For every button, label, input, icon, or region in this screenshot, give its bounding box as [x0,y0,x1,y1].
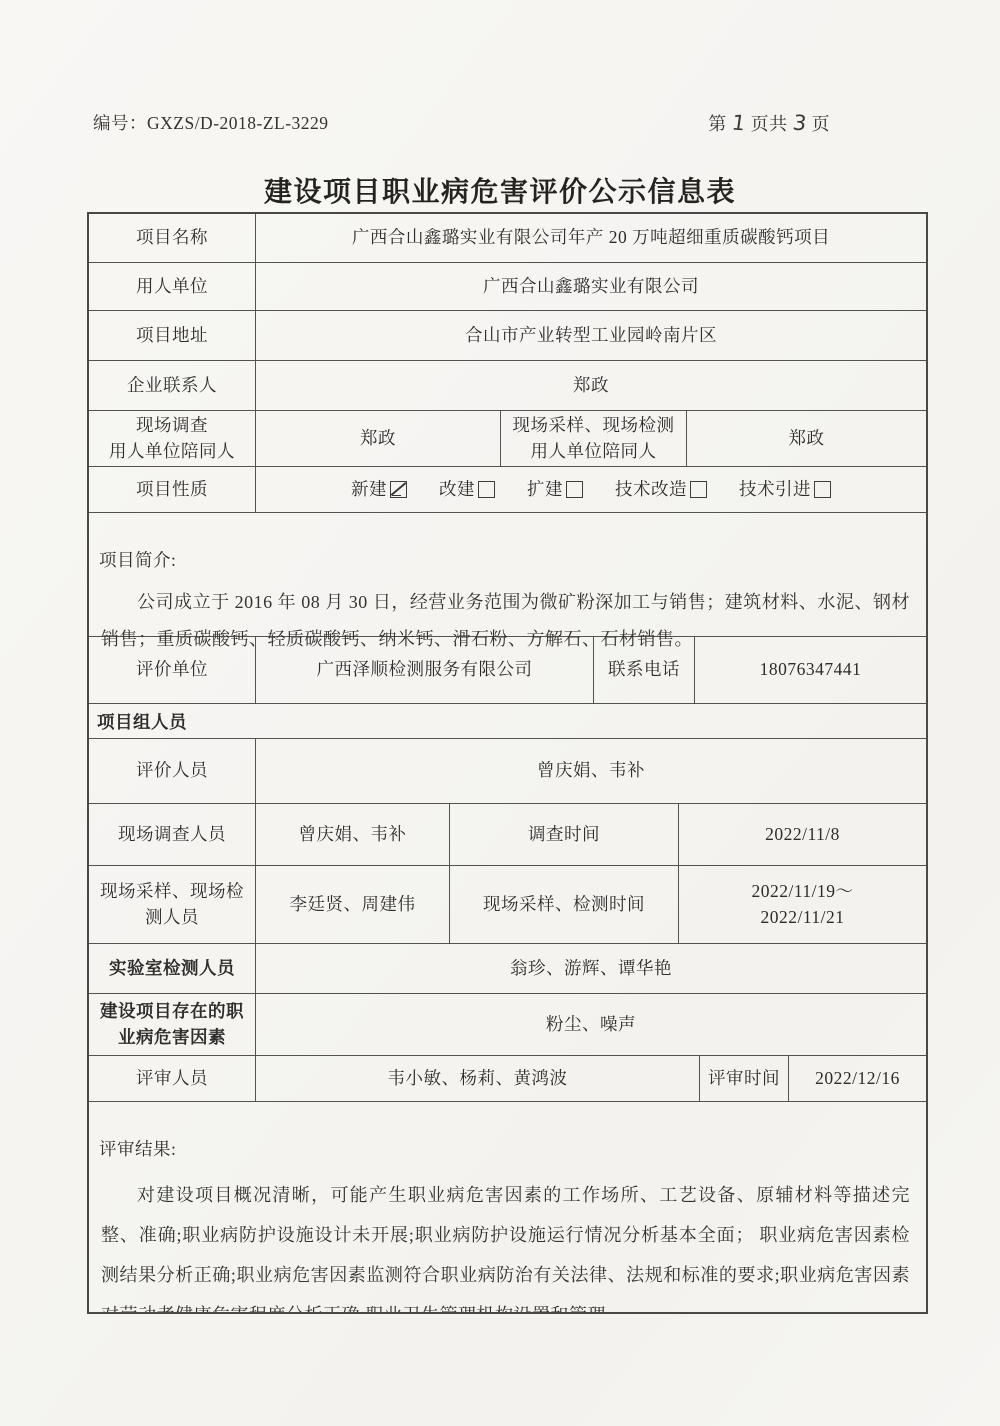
review-time-label: 评审时间 [699,1056,788,1101]
review-result-cell: 评审结果: 对建设项目概况清晰，可能产生职业病危害因素的工作场所、工艺设备、原辅… [89,1102,926,1312]
survey-staff-label: 现场调查人员 [89,804,255,865]
evaluators-label: 评价人员 [89,739,255,803]
row-lab-staff: 实验室检测人员 翁珍、游辉、谭华艳 [89,943,926,993]
row-project-intro: 项目简介: 公司成立于 2016 年 08 月 30 日，经营业务范围为微矿粉深… [89,512,926,636]
company-contact-label: 企业联系人 [89,361,255,410]
hazards-label: 建设项目存在的职 业病危害因素 [89,994,255,1055]
survey-time-label: 调查时间 [449,804,678,865]
page-middle: 页共 [751,114,788,134]
page-current-handwritten: 1 [726,113,752,133]
sampling-escort-label: 现场采样、现场检测 用人单位陪同人 [500,411,686,466]
row-hazards: 建设项目存在的职 业病危害因素 粉尘、噪声 [89,993,926,1055]
row-survey-staff: 现场调查人员 曾庆娟、韦补 调查时间 2022/11/8 [89,803,926,865]
reviewers-value: 韦小敏、杨莉、黄鸿波 [255,1056,699,1101]
sampling-time-value: 2022/11/19～ 2022/11/21 [678,866,926,943]
row-project-nature: 项目性质 新建 改建 扩建 技术改造 技术引进 [89,466,926,512]
row-employer: 用人单位 广西合山鑫璐实业有限公司 [89,262,926,310]
nature-option-expansion: 扩建 [527,477,583,502]
checkbox-tech-import [814,481,831,498]
review-time-value: 2022/12/16 [788,1056,926,1101]
nature-option-new-build: 新建 [351,477,407,502]
employer-value: 广西合山鑫璐实业有限公司 [255,263,926,310]
project-name-value: 广西合山鑫璐实业有限公司年产 20 万吨超细重质碳酸钙项目 [255,214,926,262]
project-intro-heading: 项目简介: [99,550,176,570]
survey-time-value: 2022/11/8 [678,804,926,865]
project-address-value: 合山市产业转型工业园岭南片区 [255,311,926,360]
row-team-section: 项目组人员 [89,703,926,738]
page-indicator: 第1页共3页 [708,110,830,136]
row-reviewers: 评审人员 韦小敏、杨莉、黄鸿波 评审时间 2022/12/16 [89,1055,926,1101]
scanned-form-page: 编号：GXZS/D-2018-ZL-3229 第1页共3页 建设项目职业病危害评… [0,0,1000,1426]
row-evaluators: 评价人员 曾庆娟、韦补 [89,738,926,803]
contact-phone-value: 18076347441 [694,637,926,703]
project-name-label: 项目名称 [89,214,255,262]
evaluation-org-label: 评价单位 [89,637,255,703]
lab-staff-value: 翁珍、游辉、谭华艳 [255,944,926,993]
review-result-heading: 评审结果: [99,1139,176,1159]
page-total-handwritten: 3 [786,113,812,133]
checkbox-new-build [390,481,407,498]
row-escorts: 现场调查 用人单位陪同人 郑政 现场采样、现场检测 用人单位陪同人 郑政 [89,410,926,466]
hazards-value: 粉尘、噪声 [255,994,926,1055]
reviewers-label: 评审人员 [89,1056,255,1101]
nature-option-reconstruction: 改建 [439,477,495,502]
evaluators-value: 曾庆娟、韦补 [255,739,926,803]
page-suffix: 页 [812,114,831,134]
row-project-name: 项目名称 广西合山鑫璐实业有限公司年产 20 万吨超细重质碳酸钙项目 [89,214,926,262]
project-address-label: 项目地址 [89,311,255,360]
employer-label: 用人单位 [89,263,255,310]
checkbox-reconstruction [478,481,495,498]
form-table: 项目名称 广西合山鑫璐实业有限公司年产 20 万吨超细重质碳酸钙项目 用人单位 … [87,212,928,1314]
site-survey-escort-label: 现场调查 用人单位陪同人 [89,411,255,466]
page-prefix: 第 [708,114,727,134]
project-nature-label: 项目性质 [89,467,255,512]
row-company-contact: 企业联系人 郑政 [89,360,926,410]
team-section-title: 项目组人员 [97,709,187,734]
sampling-time-label: 现场采样、检测时间 [449,866,678,943]
company-contact-value: 郑政 [255,361,926,410]
row-project-address: 项目地址 合山市产业转型工业园岭南片区 [89,310,926,360]
row-evaluation-org: 评价单位 广西泽顺检测服务有限公司 联系电话 18076347441 [89,636,926,703]
sampling-staff-label: 现场采样、现场检 测人员 [89,866,255,943]
row-sampling-staff: 现场采样、现场检 测人员 李廷贤、周建伟 现场采样、检测时间 2022/11/1… [89,865,926,943]
sampling-escort-value: 郑政 [686,411,926,466]
sampling-staff-value: 李廷贤、周建伟 [255,866,449,943]
project-intro-cell: 项目简介: 公司成立于 2016 年 08 月 30 日，经营业务范围为微矿粉深… [89,513,926,636]
site-survey-escort-value: 郑政 [255,411,500,466]
document-header: 编号：GXZS/D-2018-ZL-3229 第1页共3页 [93,110,830,136]
checkbox-expansion [566,481,583,498]
nature-option-list: 新建 改建 扩建 技术改造 技术引进 [262,477,920,502]
form-title: 建设项目职业病危害评价公示信息表 [0,170,1000,210]
nature-option-tech-import: 技术引进 [739,477,831,502]
review-result-text: 对建设项目概况清晰，可能产生职业病危害因素的工作场所、工艺设备、原辅材料等描述完… [101,1175,910,1312]
lab-staff-label: 实验室检测人员 [89,944,255,993]
project-nature-options: 新建 改建 扩建 技术改造 技术引进 [255,467,926,512]
evaluation-org-value: 广西泽顺检测服务有限公司 [255,637,593,703]
contact-phone-label: 联系电话 [593,637,694,703]
row-review-result: 评审结果: 对建设项目概况清晰，可能产生职业病危害因素的工作场所、工艺设备、原辅… [89,1101,926,1312]
document-number: 编号：GXZS/D-2018-ZL-3229 [93,110,329,135]
survey-staff-value: 曾庆娟、韦补 [255,804,449,865]
checkbox-tech-upgrade [690,481,707,498]
nature-option-tech-upgrade: 技术改造 [615,477,707,502]
